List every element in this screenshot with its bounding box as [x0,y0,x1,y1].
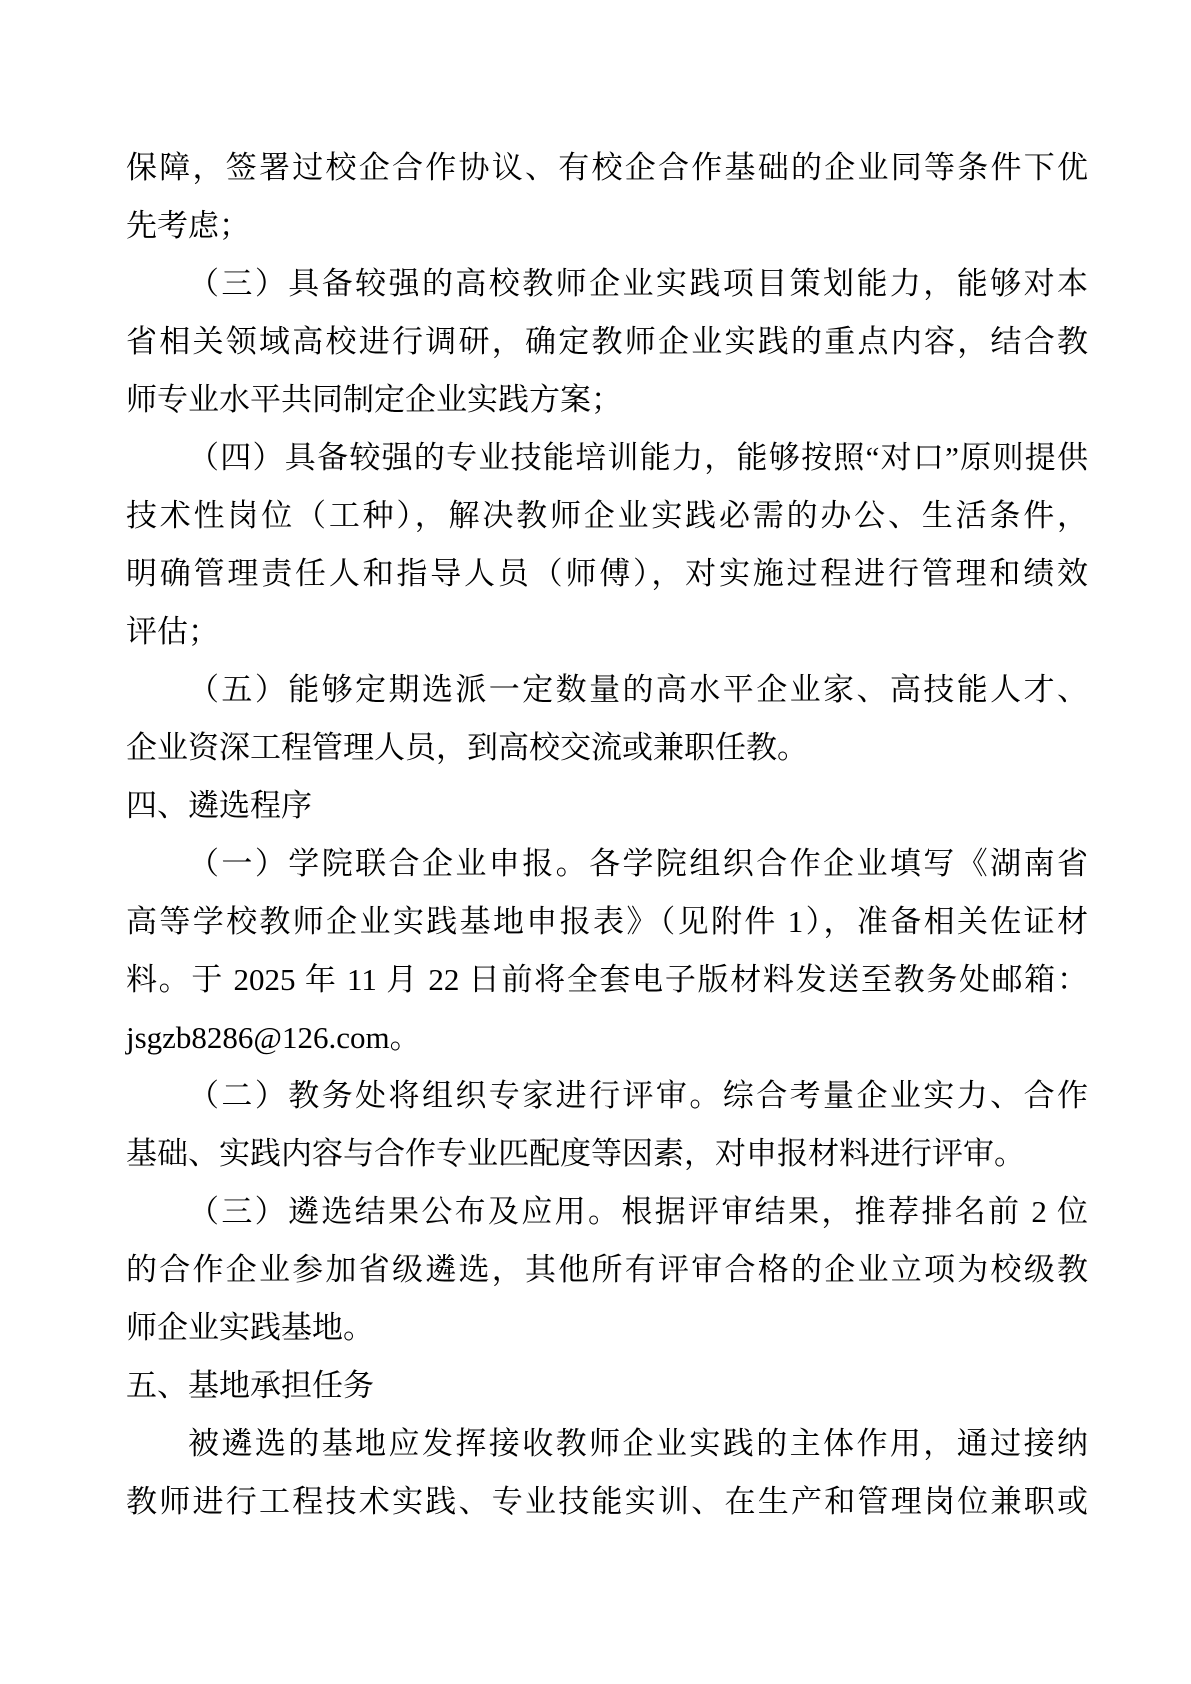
text-line: （五）能够定期选派一定数量的高水平企业家、高技能人才、 [126,661,1088,719]
text-line: 明确管理责任人和指导人员（师傅），对实施过程进行管理和绩效 [126,545,1088,603]
text-line: 的合作企业参加省级遴选，其他所有评审合格的企业立项为校级教 [126,1241,1088,1299]
text-line: 被遴选的基地应发挥接收教师企业实践的主体作用，通过接纳 [126,1415,1088,1473]
text-line: （三）具备较强的高校教师企业实践项目策划能力，能够对本 [126,255,1088,313]
text-line: 保障，签署过校企合作协议、有校企合作基础的企业同等条件下优 [126,139,1088,197]
text-line: 料。于 2025 年 11 月 22 日前将全套电子版材料发送至教务处邮箱： [126,951,1088,1009]
text-line: （四）具备较强的专业技能培训能力，能够按照“对口”原则提供 [126,429,1088,487]
text-line: 省相关领域高校进行调研，确定教师企业实践的重点内容，结合教 [126,313,1088,371]
text-line: 师专业水平共同制定企业实践方案； [126,371,1088,429]
text-line: （三）遴选结果公布及应用。根据评审结果，推荐排名前 2 位 [126,1183,1088,1241]
text-line: 高等学校教师企业实践基地申报表》（见附件 1），准备相关佐证材 [126,893,1088,951]
text-line: 评估； [126,603,1088,661]
text-line: 教师进行工程技术实践、专业技能实训、在生产和管理岗位兼职或 [126,1473,1088,1531]
section-heading: 四、遴选程序 [126,777,1088,835]
text-line: 先考虑； [126,197,1088,255]
section-heading: 五、基地承担任务 [126,1357,1088,1415]
text-line: （二）教务处将组织专家进行评审。综合考量企业实力、合作 [126,1067,1088,1125]
text-line: 师企业实践基地。 [126,1299,1088,1357]
document-page: 保障，签署过校企合作协议、有校企合作基础的企业同等条件下优先考虑；（三）具备较强… [0,0,1191,1684]
text-line: 技术性岗位（工种），解决教师企业实践必需的办公、生活条件， [126,487,1088,545]
text-line: 基础、实践内容与合作专业匹配度等因素，对申报材料进行评审。 [126,1125,1088,1183]
text-line: 企业资深工程管理人员，到高校交流或兼职任教。 [126,719,1088,777]
document-body: 保障，签署过校企合作协议、有校企合作基础的企业同等条件下优先考虑；（三）具备较强… [126,139,1088,1531]
text-line: （一）学院联合企业申报。各学院组织合作企业填写《湖南省 [126,835,1088,893]
text-line: jsgzb8286@126.com。 [126,1009,1088,1067]
